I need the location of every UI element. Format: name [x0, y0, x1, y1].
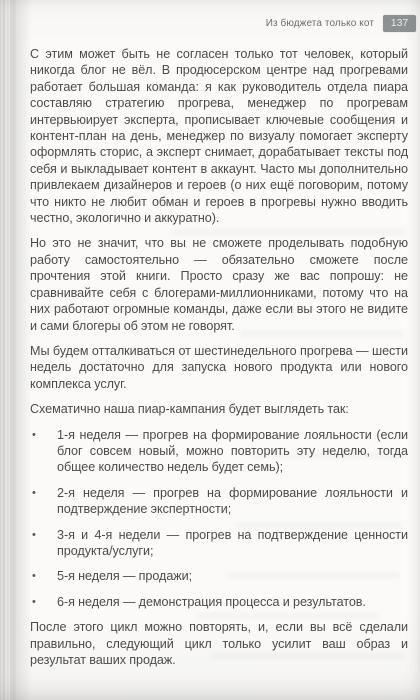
- book-gutter-page-edges: [0, 0, 16, 700]
- paragraph: С этим может быть не согласен только тот…: [30, 46, 408, 226]
- list-item-text: 3-я и 4-я недели — прогрев на подтвержде…: [57, 528, 408, 558]
- bullet-icon: •: [32, 568, 36, 584]
- paragraph: Схематично наша пиар-кампания будет выгл…: [30, 401, 408, 417]
- bullet-icon: •: [32, 594, 36, 610]
- week-plan-list: • 1-я неделя — прогрев на формирование л…: [30, 427, 408, 611]
- page-number-badge: 137: [383, 15, 416, 32]
- list-item-text: 1-я неделя — прогрев на формирование лоя…: [57, 428, 408, 475]
- bullet-icon: •: [32, 427, 36, 443]
- paragraph: Мы будем отталкиваться от шестинедельног…: [30, 343, 408, 392]
- chapter-title: Из бюджета только кот: [266, 18, 374, 29]
- list-item: • 5-я неделя — продажи;: [30, 568, 408, 584]
- closing-paragraph: После этого цикл можно повторять, и, есл…: [30, 619, 408, 668]
- list-item: • 1-я неделя — прогрев на формирование л…: [30, 427, 408, 476]
- list-item: • 3-я и 4-я недели — прогрев на подтверж…: [30, 527, 408, 560]
- list-item: • 2-я неделя — прогрев на формирование л…: [30, 485, 408, 518]
- bullet-icon: •: [32, 527, 36, 543]
- list-item-text: 5-я неделя — продажи;: [57, 569, 192, 583]
- list-item: • 6-я неделя — демонстрация процесса и р…: [30, 594, 408, 610]
- book-page: Из бюджета только кот 137 С этим может б…: [0, 0, 420, 700]
- page-body-text: С этим может быть не согласен только тот…: [30, 46, 408, 677]
- list-item-text: 6-я неделя — демонстрация процесса и рез…: [57, 595, 366, 609]
- bullet-icon: •: [32, 485, 36, 501]
- list-item-text: 2-я неделя — прогрев на формирование лоя…: [57, 486, 408, 516]
- gutter-shadow: [10, 0, 32, 700]
- running-head: Из бюджета только кот 137: [30, 15, 416, 32]
- paragraph: Но это не значит, что вы не сможете прод…: [30, 235, 408, 333]
